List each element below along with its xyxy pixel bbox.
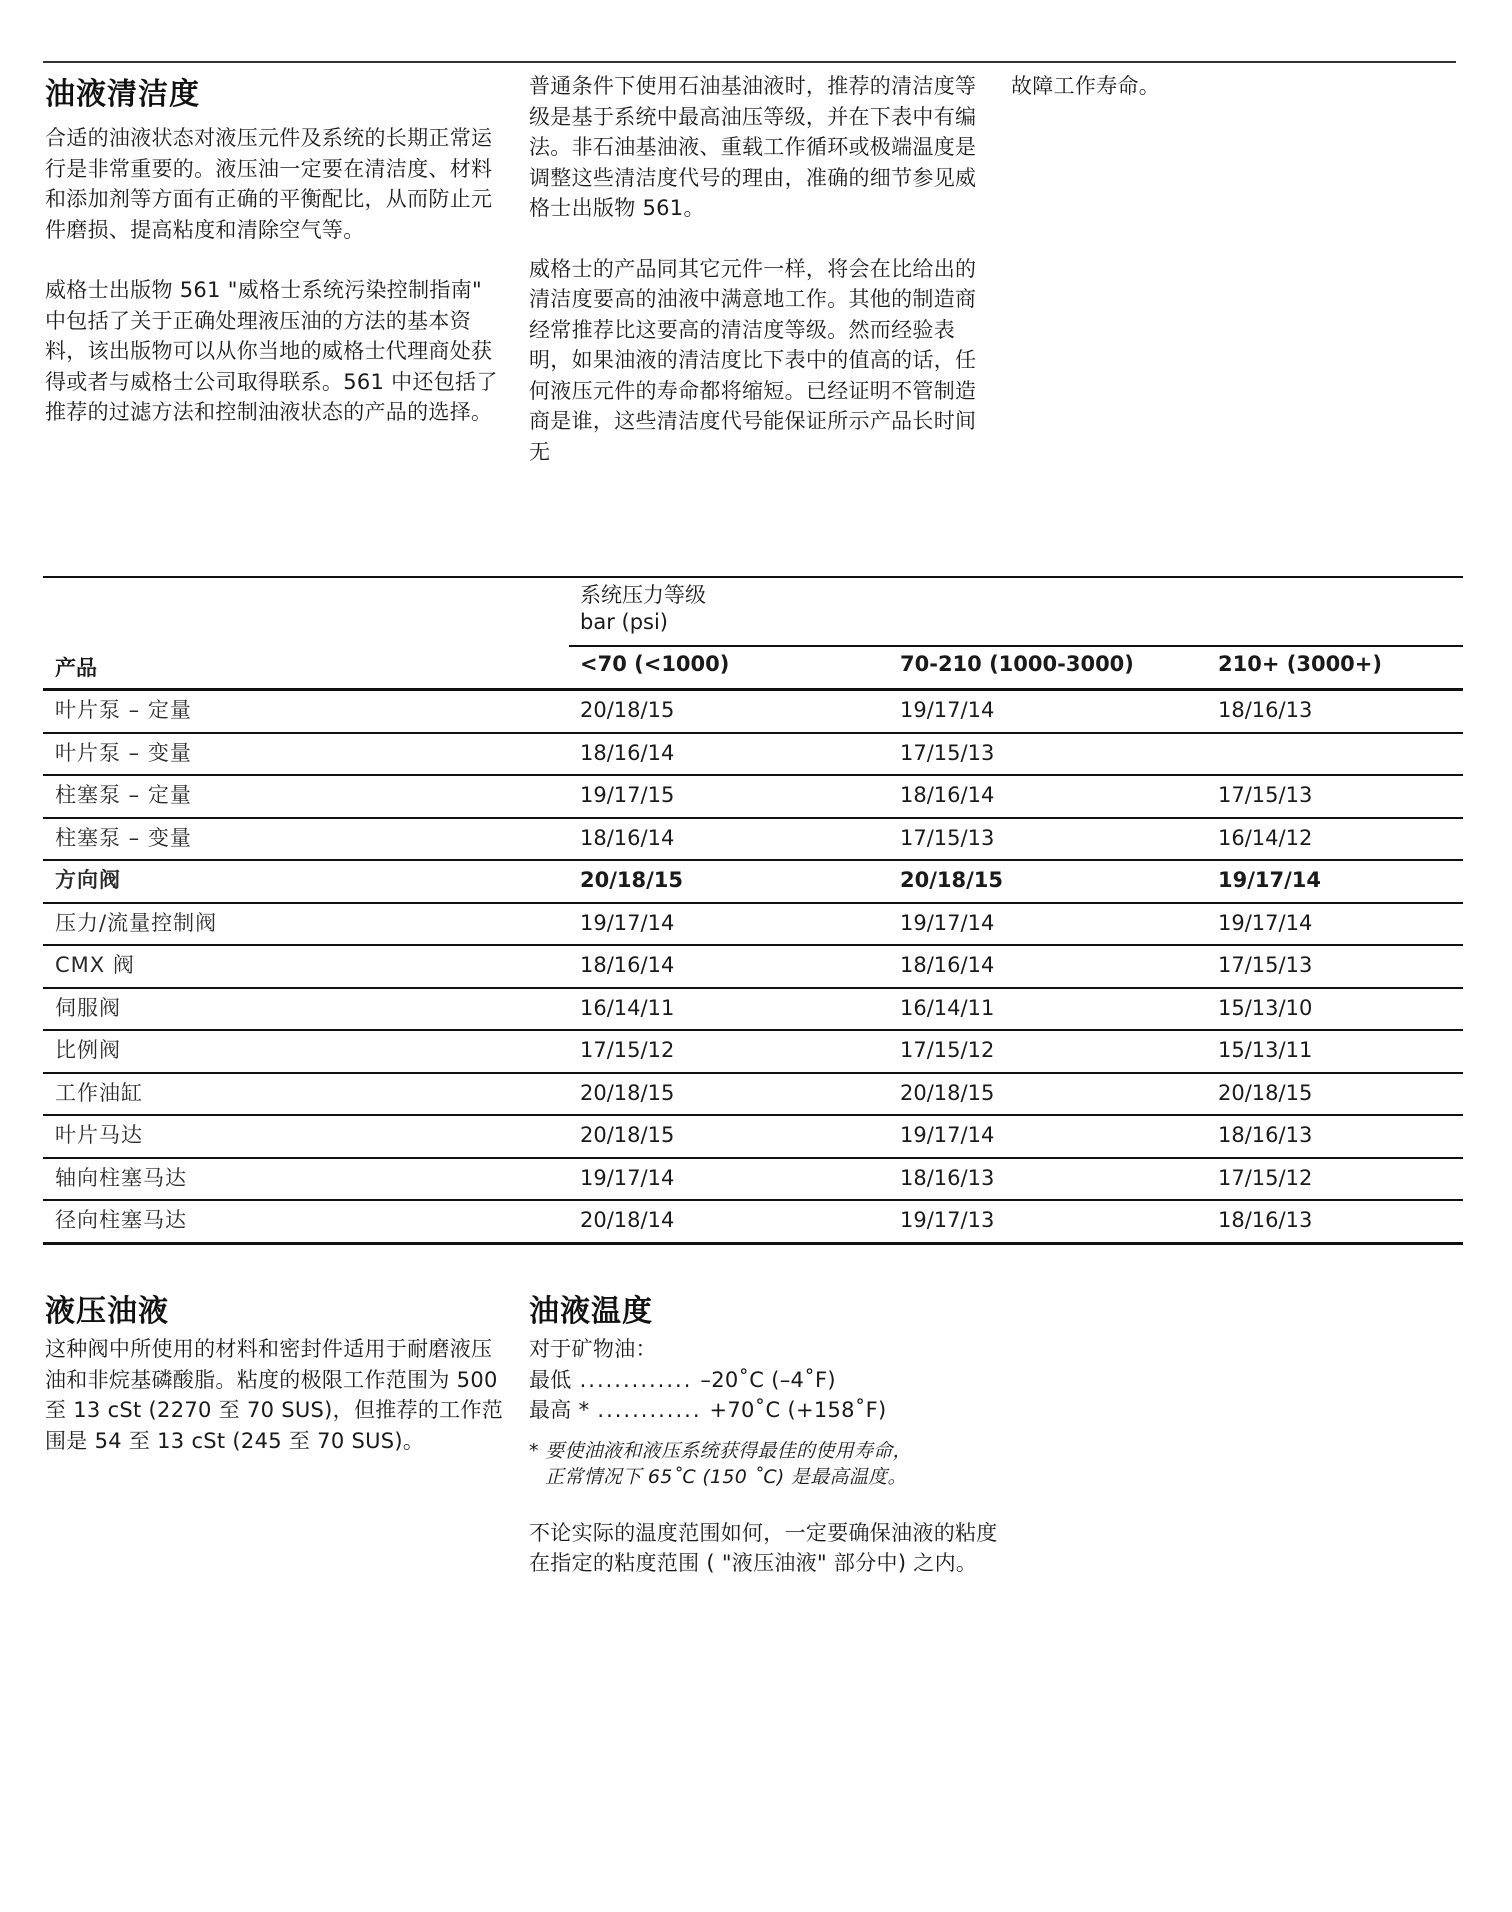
paragraph: 威格士的产品同其它元件一样，将会在比给出的清洁度要高的油液中满意地工作。其他的制… bbox=[529, 254, 989, 468]
cell-mid: 19/17/14 bbox=[900, 1116, 994, 1154]
cell-product: 柱塞泵 – 变量 bbox=[55, 819, 192, 857]
paragraph: 合适的油液状态对液压元件及系统的长期正常运行是非常重要的。液压油一定要在清洁度、… bbox=[45, 123, 500, 245]
cell-low: 18/16/14 bbox=[580, 734, 674, 772]
cell-high: 17/15/13 bbox=[1218, 776, 1312, 814]
header-pressure-high: 210+ (3000+) bbox=[1218, 652, 1382, 676]
table-row: 柱塞泵 – 变量 18/16/14 17/15/13 16/14/12 bbox=[43, 819, 1463, 862]
cell-low: 19/17/14 bbox=[580, 1159, 674, 1197]
cell-mid: 16/14/11 bbox=[900, 989, 994, 1027]
leader-dots: ............ bbox=[597, 1395, 701, 1426]
cell-high: 18/16/13 bbox=[1218, 691, 1312, 729]
footnote-line-2: 正常情况下 65˚C (150 ˚C) 是最高温度。 bbox=[529, 1464, 999, 1490]
temperature-min-label: 最低 bbox=[529, 1365, 572, 1396]
cell-high: 17/15/13 bbox=[1218, 946, 1312, 984]
cell-product: 方向阀 bbox=[55, 861, 121, 899]
paragraph: 威格士出版物 561 "威格士系统污染控制指南" 中包括了关于正确处理液压油的方… bbox=[45, 275, 500, 428]
pressure-group-title: 系统压力等级 bbox=[580, 582, 706, 609]
cell-low: 18/16/14 bbox=[580, 946, 674, 984]
temperature-max-value: +70˚C (+158˚F) bbox=[710, 1395, 887, 1426]
cell-mid: 18/16/14 bbox=[900, 776, 994, 814]
header-pressure-mid: 70-210 (1000-3000) bbox=[900, 652, 1134, 676]
table-row: 伺服阀 16/14/11 16/14/11 15/13/10 bbox=[43, 989, 1463, 1032]
section-title-fluid-temperature: 油液温度 bbox=[529, 1292, 999, 1332]
cell-low: 19/17/15 bbox=[580, 776, 674, 814]
cell-high: 16/14/12 bbox=[1218, 819, 1312, 857]
table-row-highlighted: 方向阀 20/18/15 20/18/15 19/17/14 bbox=[43, 861, 1463, 904]
cell-product: 压力/流量控制阀 bbox=[55, 904, 217, 942]
hydraulic-fluid-section: 液压油液 这种阀中所使用的材料和密封件适用于耐磨液压油和非烷基磷酸脂。粘度的极限… bbox=[45, 1292, 505, 1456]
cell-low: 16/14/11 bbox=[580, 989, 674, 1027]
paragraph: 故障工作寿命。 bbox=[1011, 71, 1451, 102]
cell-product: 叶片泵 – 变量 bbox=[55, 734, 192, 772]
cell-product: 柱塞泵 – 定量 bbox=[55, 776, 192, 814]
cell-product: 伺服阀 bbox=[55, 989, 121, 1027]
table-row: CMX 阀 18/16/14 18/16/14 17/15/13 bbox=[43, 946, 1463, 989]
cell-product: 比例阀 bbox=[55, 1031, 121, 1069]
cell-mid: 19/17/14 bbox=[900, 691, 994, 729]
cell-high: 15/13/10 bbox=[1218, 989, 1312, 1027]
table-row: 轴向柱塞马达 19/17/14 18/16/13 17/15/12 bbox=[43, 1159, 1463, 1202]
cell-high: 20/18/15 bbox=[1218, 1074, 1312, 1112]
cell-product: 工作油缸 bbox=[55, 1074, 143, 1112]
leader-dots: ............. bbox=[580, 1365, 693, 1396]
cell-product: 叶片马达 bbox=[55, 1116, 143, 1154]
temperature-max-label: 最高 * bbox=[529, 1395, 589, 1426]
header-pressure-low: <70 (<1000) bbox=[580, 652, 729, 676]
fluid-temperature-section: 油液温度 对于矿物油： 最低 ............. –20˚C (–4˚F… bbox=[529, 1292, 999, 1579]
paragraph: 不论实际的温度范围如何，一定要确保油液的粘度在指定的粘度范围 ( "液压油液" … bbox=[529, 1518, 999, 1579]
table-row: 工作油缸 20/18/15 20/18/15 20/18/15 bbox=[43, 1074, 1463, 1117]
cell-low: 20/18/15 bbox=[580, 1116, 674, 1154]
cell-high: 19/17/14 bbox=[1218, 904, 1312, 942]
cell-mid: 17/15/12 bbox=[900, 1031, 994, 1069]
footnote-line-1: * 要使油液和液压系统获得最佳的使用寿命， bbox=[529, 1440, 912, 1462]
pressure-group-header: 系统压力等级 bar (psi) bbox=[580, 582, 706, 636]
cell-mid: 18/16/14 bbox=[900, 946, 994, 984]
table-row: 叶片泵 – 变量 18/16/14 17/15/13 bbox=[43, 734, 1463, 777]
cell-high: 17/15/12 bbox=[1218, 1159, 1312, 1197]
cell-product: CMX 阀 bbox=[55, 946, 135, 984]
pressure-group-unit: bar (psi) bbox=[580, 609, 706, 636]
table-body: 叶片泵 – 定量 20/18/15 19/17/14 18/16/13 叶片泵 … bbox=[43, 691, 1463, 1245]
cleanliness-column-2: 普通条件下使用石油基油液时，推荐的清洁度等级是基于系统中最高油压等级，并在下表中… bbox=[529, 71, 989, 467]
cell-high: 19/17/14 bbox=[1218, 861, 1321, 899]
temperature-max-row: 最高 * ............ +70˚C (+158˚F) bbox=[529, 1395, 999, 1426]
cleanliness-column-1: 油液清洁度 合适的油液状态对液压元件及系统的长期正常运行是非常重要的。液压油一定… bbox=[45, 75, 500, 428]
cell-low: 20/18/15 bbox=[580, 1074, 674, 1112]
section-title-cleanliness: 油液清洁度 bbox=[45, 75, 500, 115]
cell-product: 轴向柱塞马达 bbox=[55, 1159, 187, 1197]
cell-high: 15/13/11 bbox=[1218, 1031, 1312, 1069]
cell-high: 18/16/13 bbox=[1218, 1201, 1312, 1239]
cell-low: 20/18/15 bbox=[580, 861, 683, 899]
table-header-row: 产品 <70 (<1000) 70-210 (1000-3000) 210+ (… bbox=[43, 652, 1463, 688]
cleanliness-column-3: 故障工作寿命。 bbox=[1011, 71, 1451, 102]
cell-low: 20/18/15 bbox=[580, 691, 674, 729]
table-row: 叶片马达 20/18/15 19/17/14 18/16/13 bbox=[43, 1116, 1463, 1159]
cell-low: 17/15/12 bbox=[580, 1031, 674, 1069]
paragraph: 这种阀中所使用的材料和密封件适用于耐磨液压油和非烷基磷酸脂。粘度的极限工作范围为… bbox=[45, 1334, 505, 1456]
cell-mid: 17/15/13 bbox=[900, 819, 994, 857]
cell-mid: 18/16/13 bbox=[900, 1159, 994, 1197]
cell-mid: 20/18/15 bbox=[900, 861, 1003, 899]
temperature-min-row: 最低 ............. –20˚C (–4˚F) bbox=[529, 1365, 999, 1396]
cell-product: 径向柱塞马达 bbox=[55, 1201, 187, 1239]
table-row: 柱塞泵 – 定量 19/17/15 18/16/14 17/15/13 bbox=[43, 776, 1463, 819]
table-row: 径向柱塞马达 20/18/14 19/17/13 18/16/13 bbox=[43, 1201, 1463, 1245]
table-row: 叶片泵 – 定量 20/18/15 19/17/14 18/16/13 bbox=[43, 691, 1463, 734]
cell-low: 19/17/14 bbox=[580, 904, 674, 942]
cell-mid: 17/15/13 bbox=[900, 734, 994, 772]
cell-mid: 19/17/13 bbox=[900, 1201, 994, 1239]
cell-low: 18/16/14 bbox=[580, 819, 674, 857]
temperature-intro: 对于矿物油： bbox=[529, 1334, 999, 1365]
cell-mid: 19/17/14 bbox=[900, 904, 994, 942]
temperature-min-value: –20˚C (–4˚F) bbox=[700, 1365, 836, 1396]
paragraph: 普通条件下使用石油基油液时，推荐的清洁度等级是基于系统中最高油压等级，并在下表中… bbox=[529, 71, 989, 224]
temperature-footnote: * 要使油液和液压系统获得最佳的使用寿命， 正常情况下 65˚C (150 ˚C… bbox=[529, 1438, 999, 1490]
cell-low: 20/18/14 bbox=[580, 1201, 674, 1239]
pressure-group-rule bbox=[569, 645, 1463, 647]
table-top-rule bbox=[43, 576, 1463, 578]
cell-product: 叶片泵 – 定量 bbox=[55, 691, 192, 729]
top-rule bbox=[43, 61, 1456, 63]
cell-high: 18/16/13 bbox=[1218, 1116, 1312, 1154]
section-title-hydraulic-fluid: 液压油液 bbox=[45, 1292, 505, 1332]
table-row: 压力/流量控制阀 19/17/14 19/17/14 19/17/14 bbox=[43, 904, 1463, 947]
table-row: 比例阀 17/15/12 17/15/12 15/13/11 bbox=[43, 1031, 1463, 1074]
header-product: 产品 bbox=[55, 652, 97, 682]
cell-mid: 20/18/15 bbox=[900, 1074, 994, 1112]
